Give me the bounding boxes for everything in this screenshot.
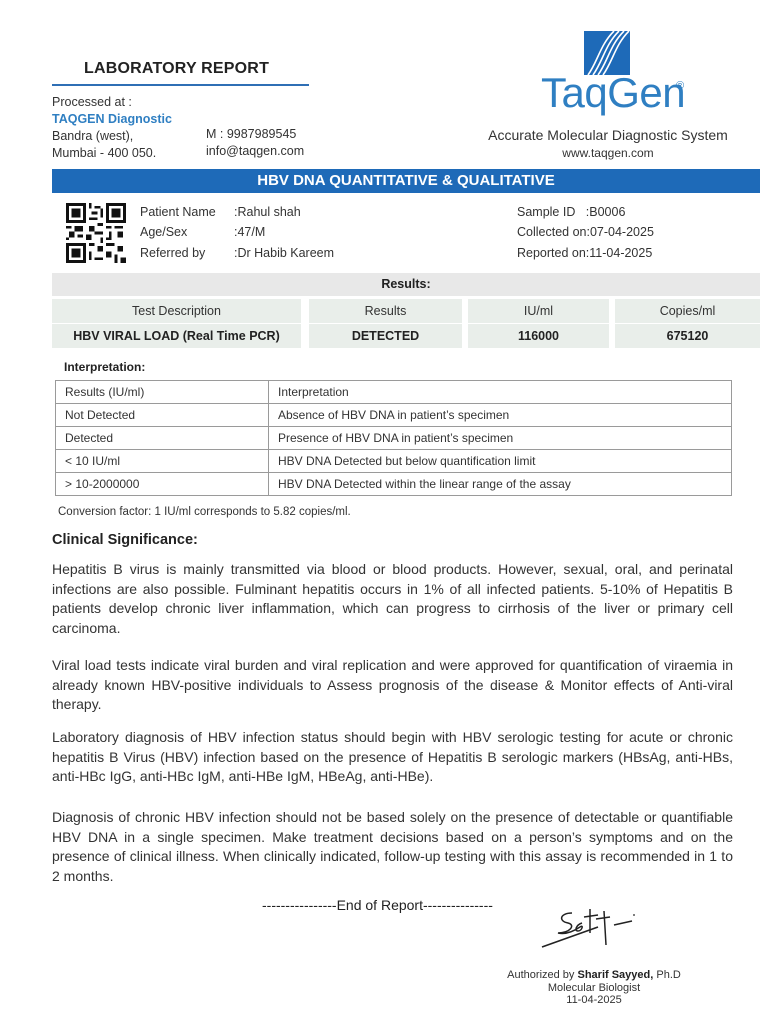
authorizer-role: Molecular Biologist <box>478 982 710 995</box>
table-cell: HBV DNA Detected but below quantificatio… <box>269 450 732 473</box>
table-header-cell: Interpretation <box>269 381 732 404</box>
results-col-copies: Copies/ml <box>615 299 760 323</box>
table-cell: > 10-2000000 <box>56 473 269 496</box>
interpretation-table: Results (IU/ml) Interpretation Not Detec… <box>55 380 732 496</box>
table-row: > 10-2000000 HBV DNA Detected within the… <box>56 473 732 496</box>
qr-code-icon <box>66 203 126 263</box>
results-col-iu: IU/ml <box>468 299 609 323</box>
report-title: LABORATORY REPORT <box>84 60 269 78</box>
referred-by-value: :Dr Habib Kareem <box>234 246 334 260</box>
website-link[interactable]: www.taqgen.com <box>483 146 733 160</box>
clinical-significance-title: Clinical Significance: <box>52 532 198 548</box>
patient-name-label: Patient Name <box>140 205 216 219</box>
clinical-paragraph: Laboratory diagnosis of HBV infection st… <box>52 728 733 787</box>
conversion-note: Conversion factor: 1 IU/ml corresponds t… <box>58 506 351 518</box>
address-line1: Bandra (west), <box>52 129 133 143</box>
patient-name-value: :Rahul shah <box>234 205 301 219</box>
brand-logo-text: TaqGen <box>541 72 685 114</box>
clinical-paragraph: Diagnosis of chronic HBV infection shoul… <box>52 808 733 886</box>
authorized-name: Sharif Sayyed, <box>577 969 653 981</box>
table-row: < 10 IU/ml HBV DNA Detected but below qu… <box>56 450 732 473</box>
authorization-block: Authorized by Sharif Sayyed, Ph.D Molecu… <box>478 969 710 1007</box>
authorized-by-line: Authorized by Sharif Sayyed, Ph.D <box>478 969 710 982</box>
results-heading: Results: <box>52 273 760 296</box>
age-sex-value: :47/M <box>234 225 265 239</box>
table-cell: Presence of HBV DNA in patient’s specime… <box>269 427 732 450</box>
processed-label: Processed at : <box>52 95 132 109</box>
test-title-banner: HBV DNA QUANTITATIVE & QUALITATIVE <box>52 169 760 193</box>
clinical-paragraph: Hepatitis B virus is mainly transmitted … <box>52 560 733 638</box>
results-col-results: Results <box>309 299 462 323</box>
authorization-date: 11-04-2025 <box>478 994 710 1007</box>
table-row: Not Detected Absence of HBV DNA in patie… <box>56 404 732 427</box>
table-row: Results (IU/ml) Interpretation <box>56 381 732 404</box>
referred-by-label: Referred by <box>140 246 205 260</box>
brand-tagline: Accurate Molecular Diagnostic System <box>483 127 733 143</box>
end-of-report: ----------------End of Report-----------… <box>262 897 493 913</box>
title-underline <box>52 84 309 86</box>
table-cell: HBV DNA Detected within the linear range… <box>269 473 732 496</box>
interpretation-title: Interpretation: <box>64 360 145 374</box>
table-cell: Detected <box>56 427 269 450</box>
reported-on: Reported on:11-04-2025 <box>517 246 652 260</box>
email-address: info@taqgen.com <box>206 144 304 158</box>
age-sex-label: Age/Sex <box>140 225 187 239</box>
result-test-name: HBV VIRAL LOAD (Real Time PCR) <box>52 324 301 348</box>
signature-icon <box>540 905 650 950</box>
address-line2: Mumbai - 400 050. <box>52 146 156 160</box>
table-cell: Absence of HBV DNA in patient’s specimen <box>269 404 732 427</box>
table-header-cell: Results (IU/ml) <box>56 381 269 404</box>
table-cell: < 10 IU/ml <box>56 450 269 473</box>
result-iu-value: 116000 <box>468 324 609 348</box>
clinical-paragraph: Viral load tests indicate viral burden a… <box>52 656 733 715</box>
authorized-prefix: Authorized by <box>507 969 577 981</box>
collected-on: Collected on:07-04-2025 <box>517 225 654 239</box>
org-name: TAQGEN Diagnostic <box>52 112 172 126</box>
result-status: DETECTED <box>309 324 462 348</box>
registered-mark: ® <box>676 80 684 92</box>
results-col-test-description: Test Description <box>52 299 301 323</box>
result-copies-value: 675120 <box>615 324 760 348</box>
authorized-suffix: Ph.D <box>653 969 681 981</box>
phone-number: M : 9987989545 <box>206 127 296 141</box>
table-row: Detected Presence of HBV DNA in patient’… <box>56 427 732 450</box>
table-cell: Not Detected <box>56 404 269 427</box>
sample-id: Sample ID :B0006 <box>517 205 625 219</box>
